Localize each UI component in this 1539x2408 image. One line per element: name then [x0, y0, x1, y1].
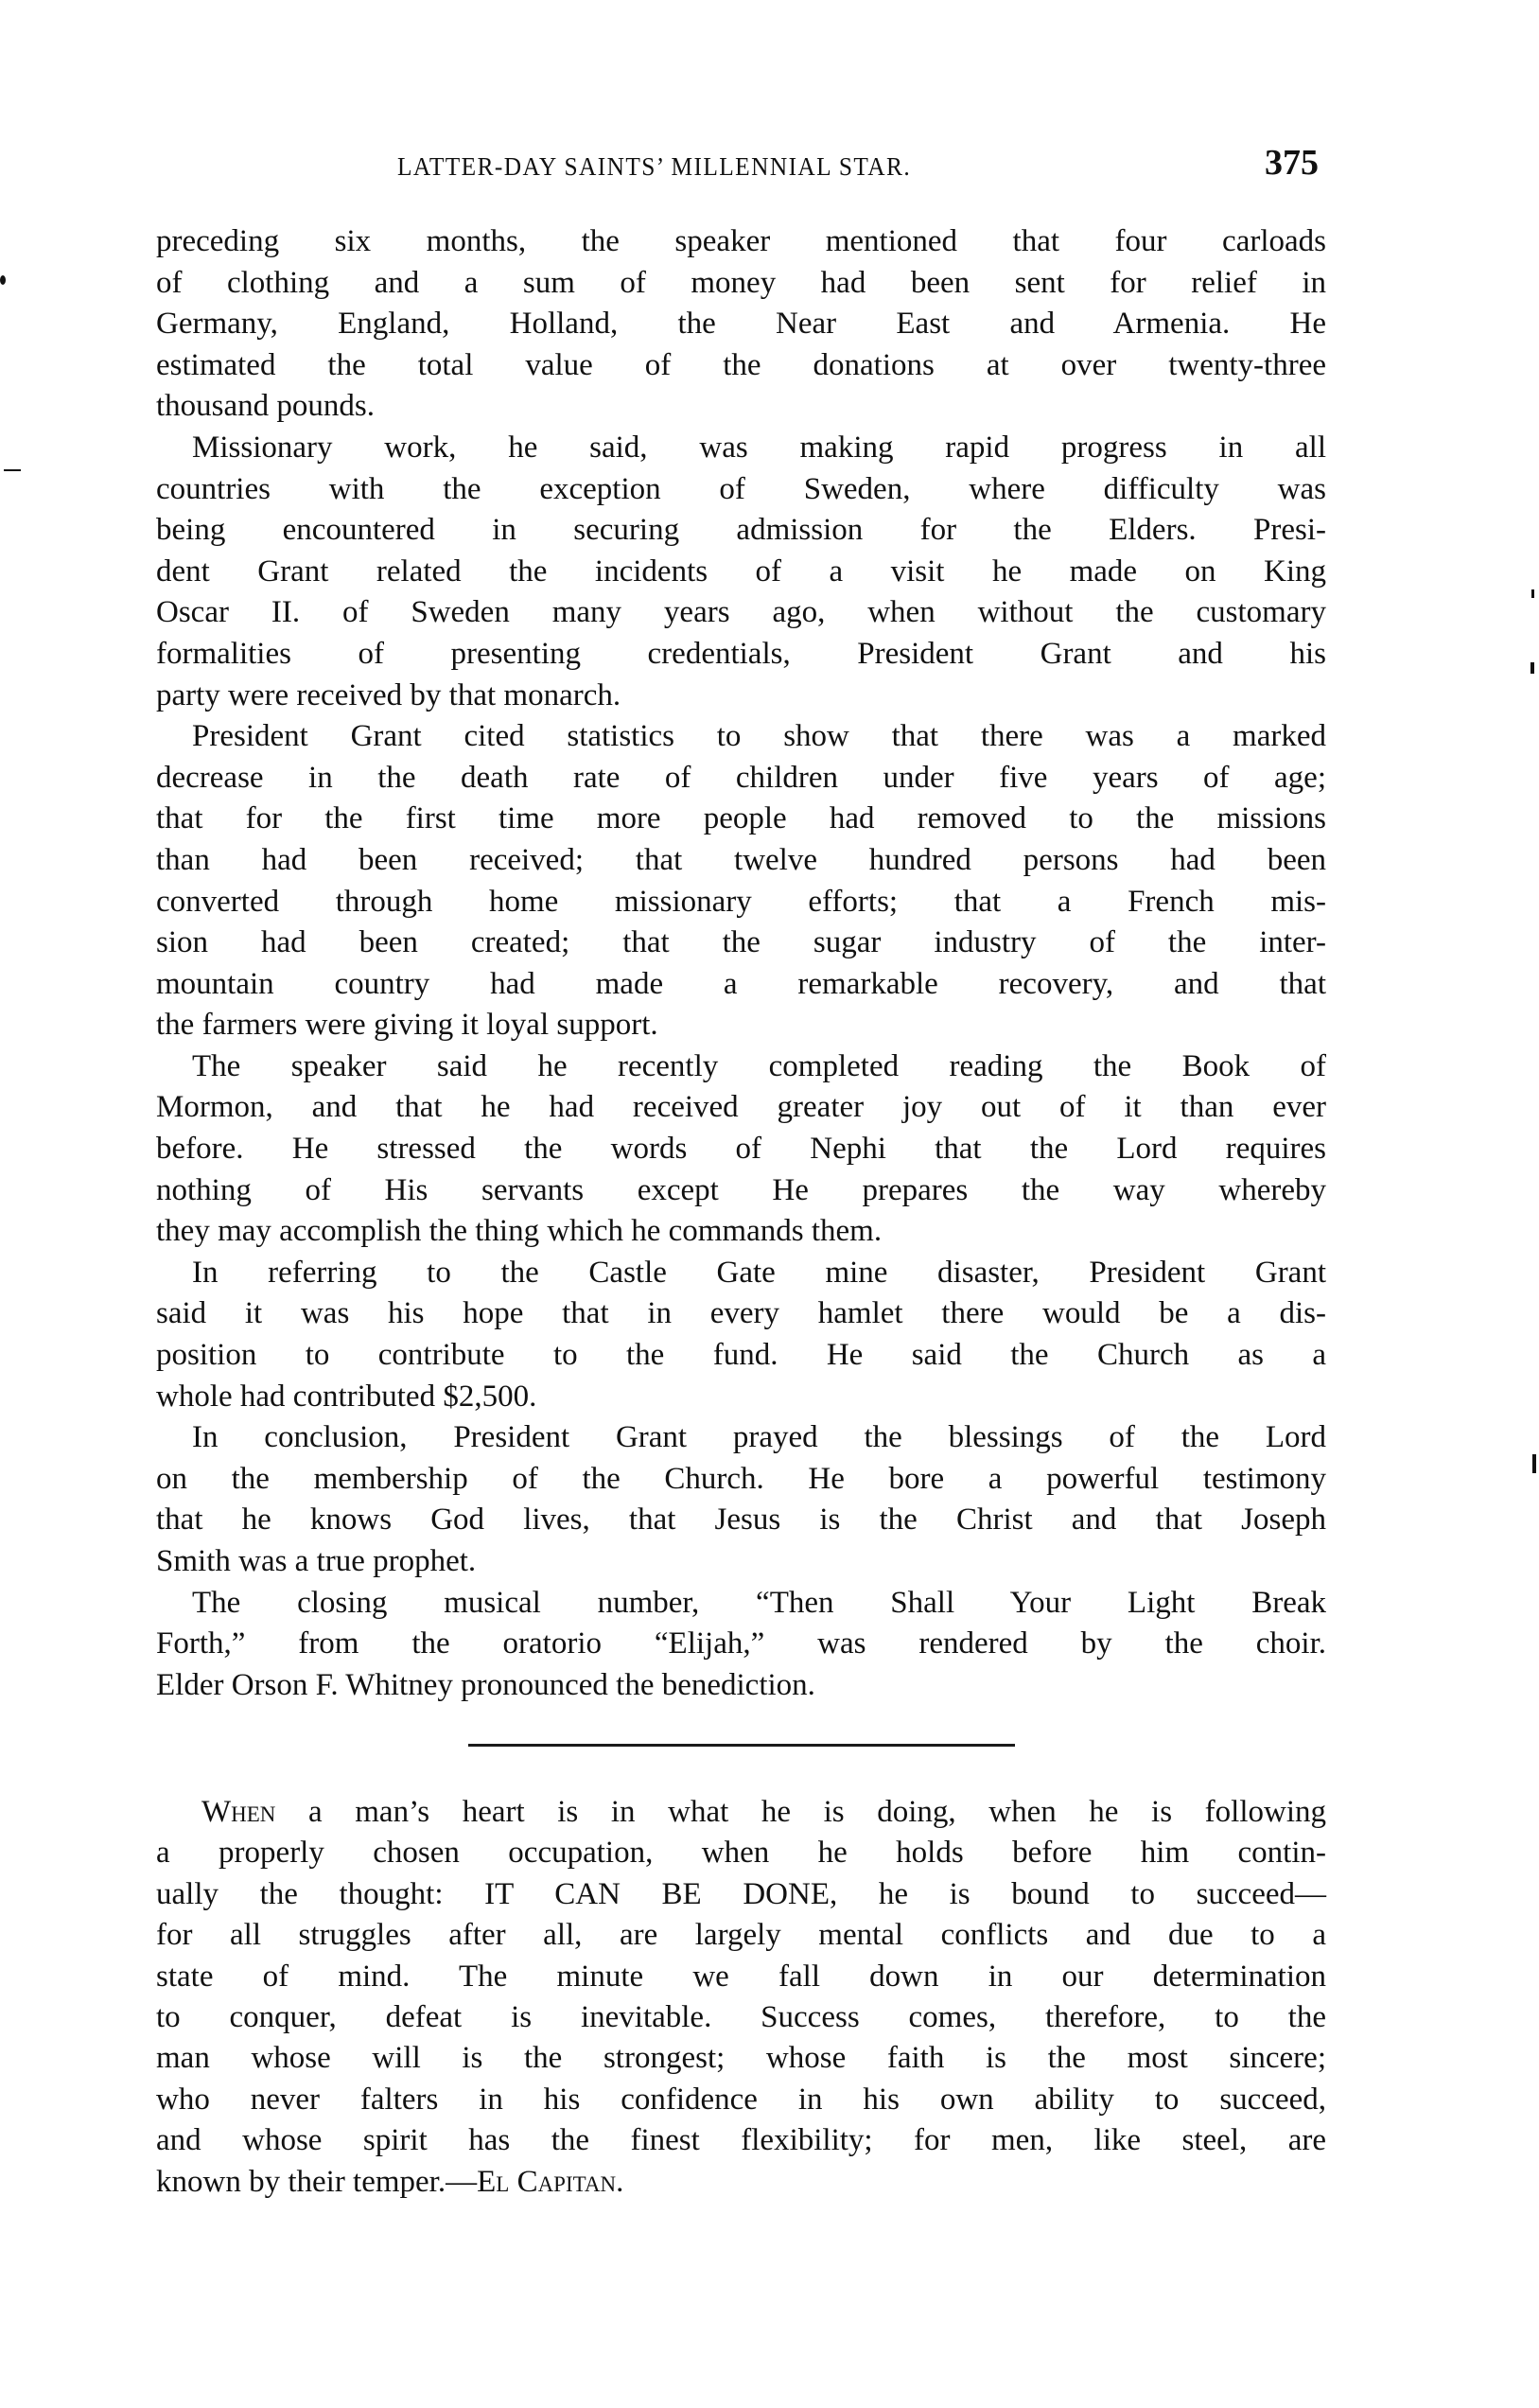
text-line: state of mind. The minute we fall down i… [156, 1957, 1326, 1997]
text-line: position to contribute to the fund. He s… [156, 1335, 1326, 1377]
article-body: preceding six months, the speaker mentio… [156, 221, 1326, 1706]
text-line: Forth,” from the oratorio “Elijah,” was … [156, 1624, 1326, 1665]
scan-speck [1530, 662, 1534, 674]
scan-speck [1532, 1454, 1536, 1473]
text-line: being encountered in securing admission … [156, 510, 1326, 552]
page-number: 375 [1265, 142, 1319, 184]
text-line: man whose will is the strongest; whose f… [156, 2038, 1326, 2079]
text-line: to conquer, defeat is inevitable. Succes… [156, 1997, 1326, 2038]
text-line: whole had contributed $2,500. [156, 1377, 1326, 1418]
text-line: countries with the exception of Sweden, … [156, 469, 1326, 511]
paragraph-missionary-work: Missionary work, he said, was making rap… [156, 428, 1326, 716]
text-line: preceding six months, the speaker mentio… [156, 221, 1326, 263]
text-line: before. He stressed the words of Nephi t… [156, 1129, 1326, 1170]
text-line: a properly chosen occupation, when he ho… [156, 1833, 1326, 1873]
text-line: Germany, England, Holland, the Near East… [156, 304, 1326, 345]
text-line: When a man’s heart is in what he is doin… [156, 1792, 1326, 1833]
scan-speck [4, 469, 21, 471]
paragraph-conclusion: In conclusion, President Grant prayed th… [156, 1417, 1326, 1582]
scanned-page: LATTER-DAY SAINTS’ MILLENNIAL STAR. 375 … [0, 0, 1539, 2408]
text-line: converted through home missionary effort… [156, 882, 1326, 923]
paragraph-donations: preceding six months, the speaker mentio… [156, 221, 1326, 428]
text-line: Missionary work, he said, was making rap… [156, 428, 1326, 469]
text-line: The speaker said he recently completed r… [156, 1046, 1326, 1088]
text-line: said it was his hope that in every hamle… [156, 1293, 1326, 1335]
text-line: of clothing and a sum of money had been … [156, 263, 1326, 305]
text-line: for all struggles after all, are largely… [156, 1915, 1326, 1956]
scan-speck [1027, 1902, 1029, 1904]
text-line: ually the thought: IT CAN BE DONE, he is… [156, 1874, 1326, 1915]
text-line: they may accomplish the thing which he c… [156, 1211, 1326, 1253]
text-line: estimated the total value of the donatio… [156, 345, 1326, 387]
text-line: thousand pounds. [156, 386, 1326, 428]
paragraph-castle-gate: In referring to the Castle Gate mine dis… [156, 1253, 1326, 1417]
text-line: that for the first time more people had … [156, 799, 1326, 840]
running-head: LATTER-DAY SAINTS’ MILLENNIAL STAR. 375 [156, 142, 1326, 184]
text-line: on the membership of the Church. He bore… [156, 1459, 1326, 1501]
lead-word-small-caps: When [201, 1795, 275, 1829]
text-line: known by their temper.—El Capitan. [156, 2162, 1326, 2203]
first-line-text: a man’s heart is in what he is doing, wh… [275, 1795, 1326, 1829]
text-line: Mormon, and that he had received greater… [156, 1087, 1326, 1129]
text-line: President Grant cited statistics to show… [156, 716, 1326, 758]
text-line: mountain country had made a remarkable r… [156, 964, 1326, 1006]
text-line: than had been received; that twelve hund… [156, 840, 1326, 882]
text-line: formalities of presenting credentials, P… [156, 634, 1326, 676]
text-line: and whose spirit has the finest flexibil… [156, 2120, 1326, 2161]
last-line-text: known by their temper.— [156, 2165, 477, 2199]
scan-speck [1531, 589, 1534, 598]
section-divider-rule [468, 1744, 1015, 1747]
text-line: In referring to the Castle Gate mine dis… [156, 1253, 1326, 1294]
text-line: Oscar II. of Sweden many years ago, when… [156, 592, 1326, 634]
attribution-small-caps: El Capitan. [477, 2165, 623, 2199]
text-line: party were received by that monarch. [156, 676, 1326, 717]
text-line: decrease in the death rate of children u… [156, 758, 1326, 800]
scan-speck [0, 275, 6, 285]
paragraph-book-of-mormon: The speaker said he recently completed r… [156, 1046, 1326, 1253]
text-line: Elder Orson F. Whitney pronounced the be… [156, 1665, 1326, 1707]
text-line: In conclusion, President Grant prayed th… [156, 1417, 1326, 1459]
running-title: LATTER-DAY SAINTS’ MILLENNIAL STAR. [397, 148, 911, 185]
paragraph-statistics: President Grant cited statistics to show… [156, 716, 1326, 1046]
text-line: dent Grant related the incidents of a vi… [156, 552, 1326, 593]
text-line: nothing of His servants except He prepar… [156, 1170, 1326, 1212]
text-line: Smith was a true prophet. [156, 1541, 1326, 1583]
text-line: the farmers were giving it loyal support… [156, 1005, 1326, 1046]
text-line: The closing musical number, “Then Shall … [156, 1583, 1326, 1625]
paragraph-closing: The closing musical number, “Then Shall … [156, 1583, 1326, 1707]
quote-paragraph: When a man’s heart is in what he is doin… [156, 1792, 1326, 2203]
text-line: sion had been created; that the sugar in… [156, 923, 1326, 964]
text-line: who never falters in his confidence in h… [156, 2080, 1326, 2120]
text-line: that he knows God lives, that Jesus is t… [156, 1500, 1326, 1541]
